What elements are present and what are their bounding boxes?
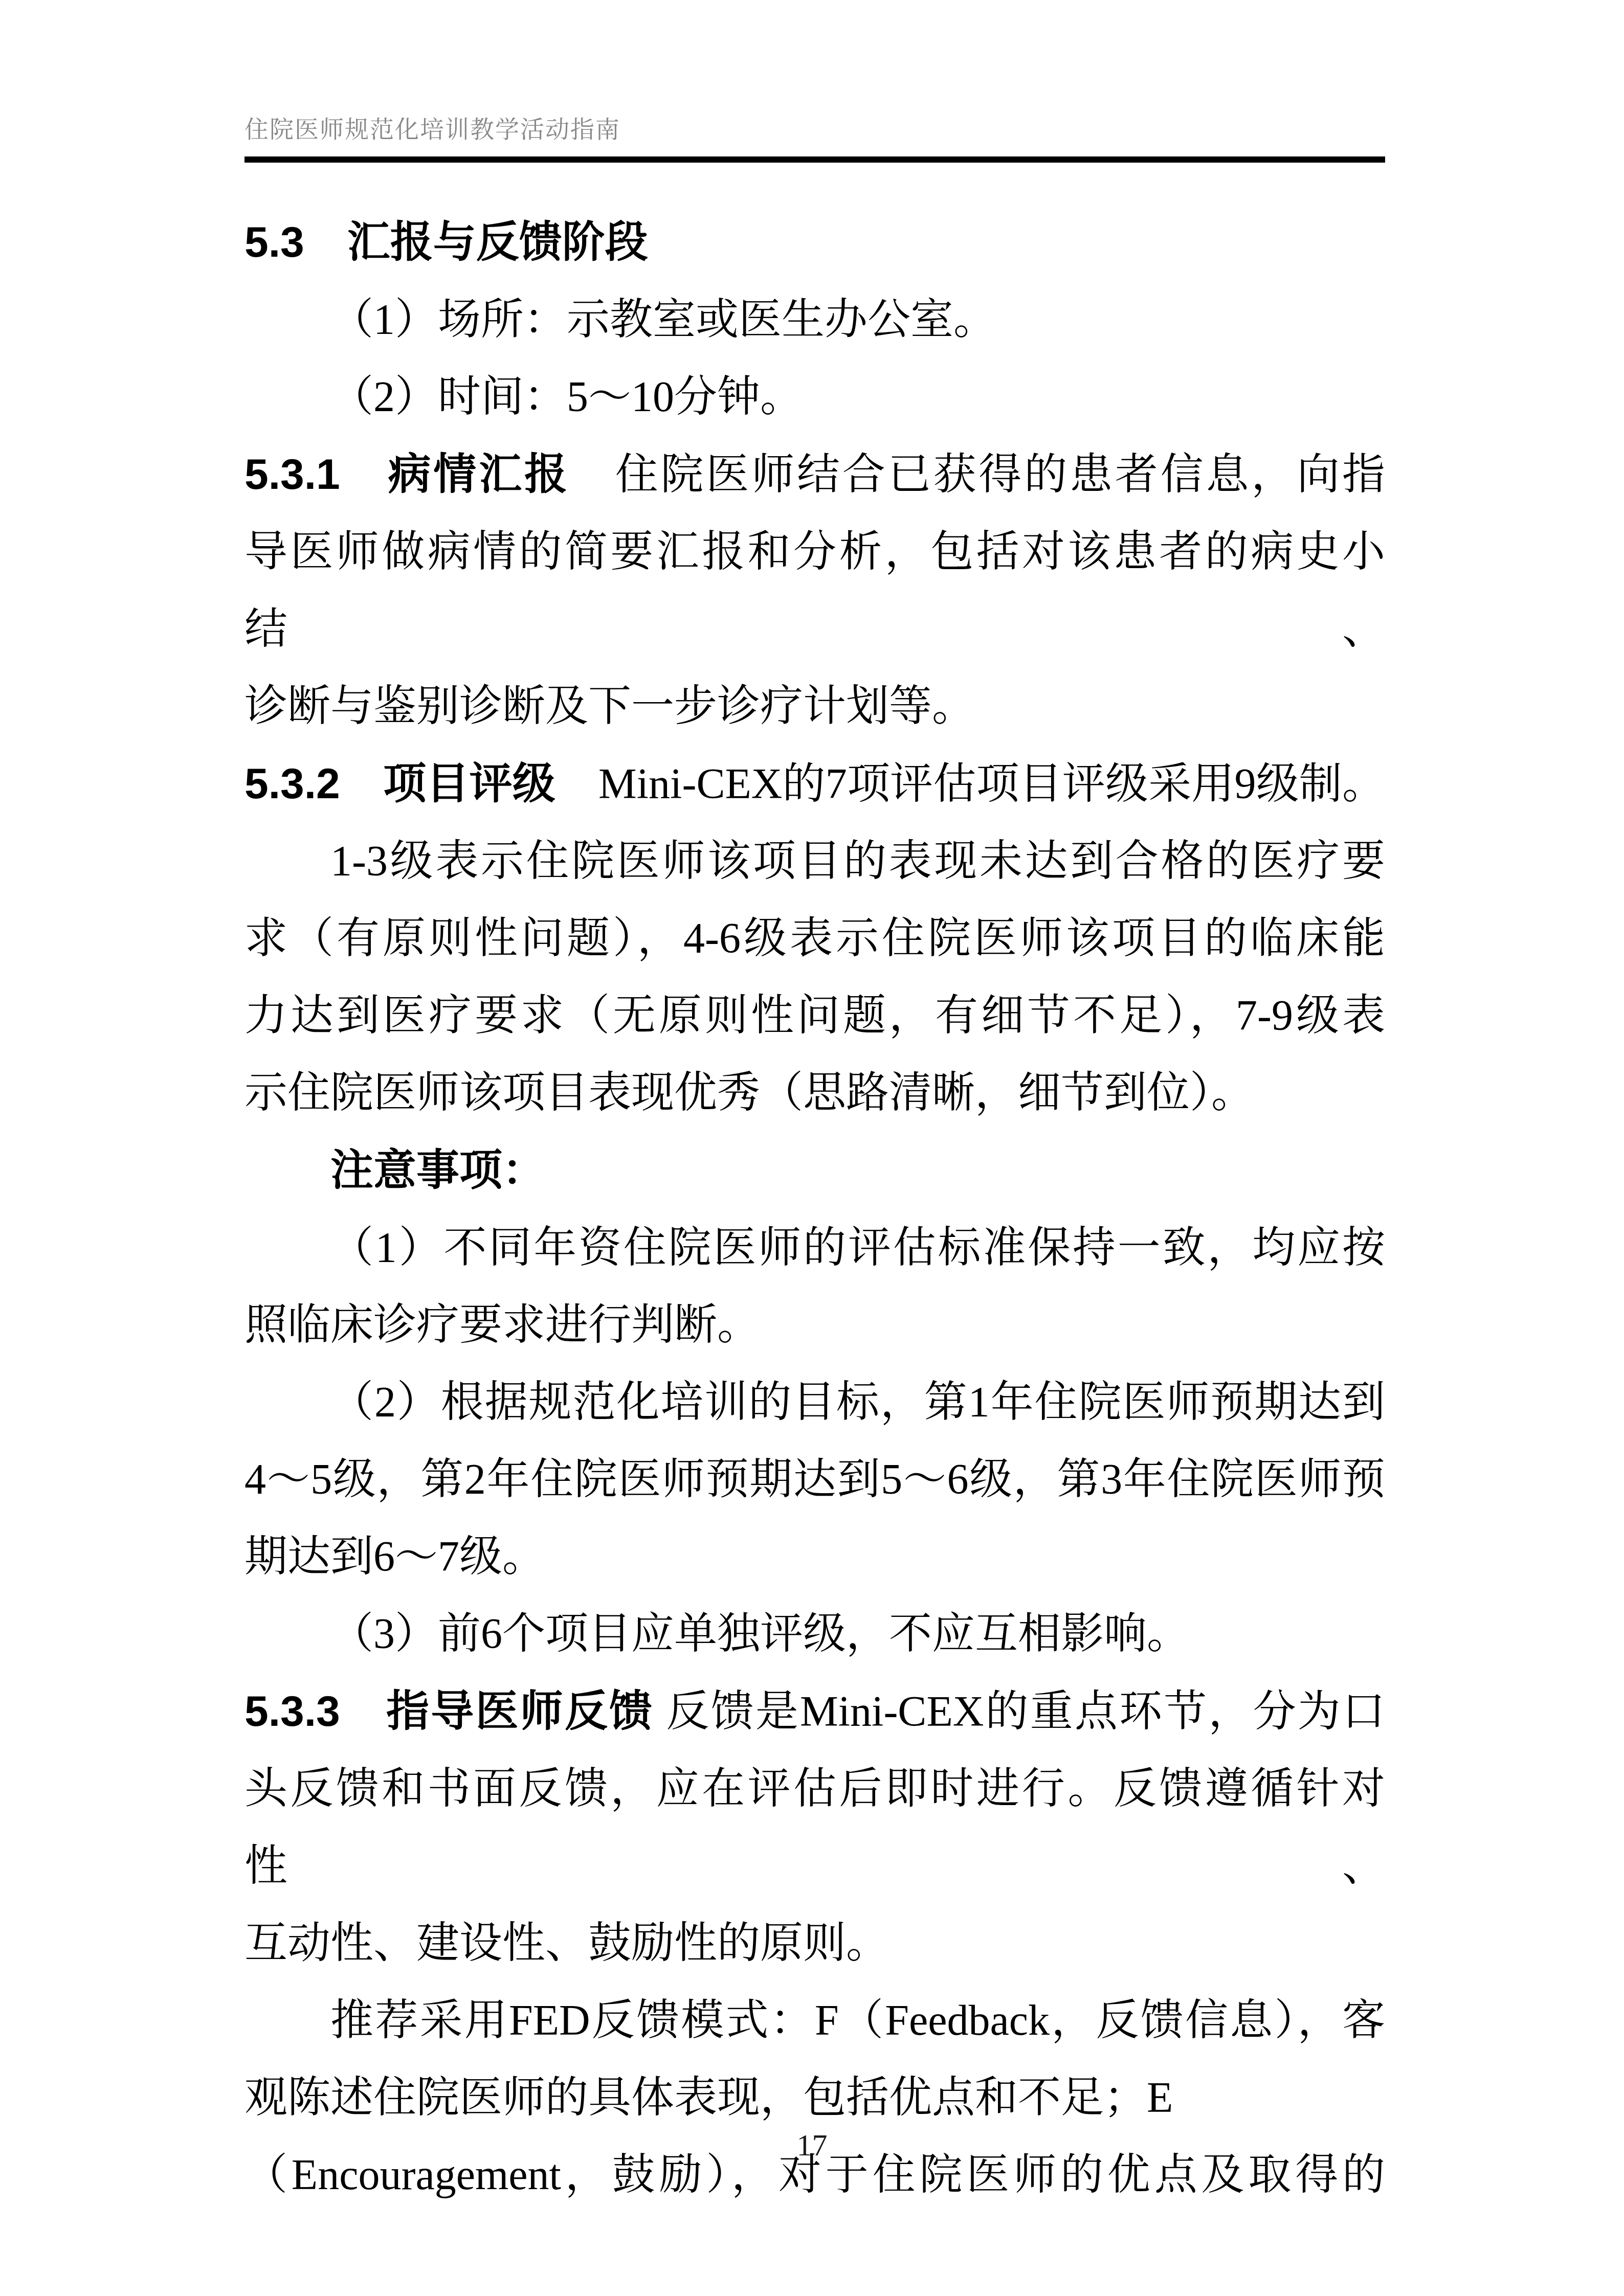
bold-text: 5.3.1 病情汇报	[244, 450, 570, 498]
body-text: 反馈是Mini-CEX的重点环节，分为口	[654, 1688, 1385, 1736]
body-text: 4～5级，第2年住院医师预期达到5～6级，第3年住院医师预	[244, 1456, 1385, 1503]
para-5-3-3-instructor-feedback-line: 5.3.3 指导医师反馈 反馈是Mini-CEX的重点环节，分为口	[244, 1673, 1385, 1750]
document-page: 住院医师规范化培训教学活动指南 5.3 汇报与反馈阶段（1）场所：示教室或医生办…	[0, 0, 1624, 2296]
para-5-3-2-item-rating-line: 5.3.2 项目评级 Mini-CEX的7项评估项目评级采用9级制。	[244, 745, 1385, 823]
bold-text: 5.3.3 指导医师反馈	[244, 1687, 654, 1735]
body-text: 照临床诊疗要求进行判断。	[244, 1301, 760, 1349]
para-5-3-1-case-report-line: 导医师做病情的简要汇报和分析，包括对该患者的病史小结、	[244, 513, 1385, 668]
bold-text: 5.3.2 项目评级	[244, 759, 555, 807]
body-text: 1-3级表示住院医师该项目的表现未达到合格的医疗要	[330, 838, 1385, 885]
para-note-3-line: （3）前6个项目应单独评级，不应互相影响。	[244, 1595, 1385, 1673]
body-text: 示住院医师该项目表现优秀（思路清晰，细节到位）。	[244, 1069, 1254, 1117]
para-fed-model-line: 推荐采用FED反馈模式：F（Feedback，反馈信息），客	[244, 1982, 1385, 2059]
body-text: Mini-CEX的7项评估项目评级采用9级制。	[555, 760, 1385, 808]
body-text: 求（有原则性问题），4-6级表示住院医师该项目的临床能	[244, 915, 1385, 962]
body-text: 观陈述住院医师的具体表现，包括优点和不足；E	[244, 2074, 1173, 2122]
para-grading-scale-line: 力达到医疗要求（无原则性问题，有细节不足），7-9级表	[244, 977, 1385, 1054]
body-text: 力达到医疗要求（无原则性问题，有细节不足），7-9级表	[244, 992, 1385, 1040]
document-body: 5.3 汇报与反馈阶段（1）场所：示教室或医生办公室。（2）时间：5～10分钟。…	[244, 204, 1385, 2214]
body-text: （2）时间：5～10分钟。	[330, 373, 803, 421]
body-text: 诊断与鉴别诊断及下一步诊疗计划等。	[244, 683, 975, 730]
para-grading-scale-line: 求（有原则性问题），4-6级表示住院医师该项目的临床能	[244, 900, 1385, 977]
para-note-1-line: 照临床诊疗要求进行判断。	[244, 1287, 1385, 1364]
para-note-2-line: 4～5级，第2年住院医师预期达到5～6级，第3年住院医师预	[244, 1441, 1385, 1518]
para-grading-scale-line: 1-3级表示住院医师该项目的表现未达到合格的医疗要	[244, 823, 1385, 900]
para-5-3-3-instructor-feedback-line: 头反馈和书面反馈，应在评估后即时进行。反馈遵循针对性、	[244, 1750, 1385, 1905]
body-text: （1）场所：示教室或医生办公室。	[330, 296, 996, 344]
page-header: 住院医师规范化培训教学活动指南	[244, 115, 1385, 145]
body-text: 头反馈和书面反馈，应在评估后即时进行。反馈遵循针对性、	[244, 1765, 1385, 1890]
para-5-3-3-instructor-feedback-line: 互动性、建设性、鼓励性的原则。	[244, 1905, 1385, 1982]
para-note-2-line: （2）根据规范化培训的目标，第1年住院医师预期达到	[244, 1364, 1385, 1441]
para-5-3-1-case-report-line: 5.3.1 病情汇报 住院医师结合已获得的患者信息，向指	[244, 436, 1385, 513]
body-text: 住院医师结合已获得的患者信息，向指	[570, 451, 1385, 499]
heading-5-3-line: 5.3 汇报与反馈阶段	[244, 204, 1385, 281]
para-note-2-line: 期达到6～7级。	[244, 1518, 1385, 1595]
header-rule	[244, 156, 1385, 163]
bold-text: 5.3 汇报与反馈阶段	[244, 218, 648, 266]
body-text: （1）不同年资住院医师的评估标准保持一致，均应按	[330, 1224, 1385, 1272]
page-footer: 17	[0, 2127, 1624, 2163]
body-text: （2）根据规范化培训的目标，第1年住院医师预期达到	[330, 1379, 1385, 1426]
para-note-1-line: （1）不同年资住院医师的评估标准保持一致，均应按	[244, 1209, 1385, 1287]
bold-text: 注意事项：	[330, 1146, 545, 1194]
body-text: 导医师做病情的简要汇报和分析，包括对该患者的病史小结、	[244, 528, 1385, 653]
para-time-line: （2）时间：5～10分钟。	[244, 358, 1385, 436]
body-text: 互动性、建设性、鼓励性的原则。	[244, 1920, 889, 1967]
para-notes-heading-line: 注意事项：	[244, 1132, 1385, 1209]
body-text: （3）前6个项目应单独评级，不应互相影响。	[330, 1610, 1190, 1658]
body-text: 推荐采用FED反馈模式：F（Feedback，反馈信息），客	[330, 1997, 1385, 2044]
para-5-3-1-case-report-line: 诊断与鉴别诊断及下一步诊疗计划等。	[244, 668, 1385, 745]
running-header-title: 住院医师规范化培训教学活动指南	[244, 115, 1385, 145]
para-grading-scale-line: 示住院医师该项目表现优秀（思路清晰，细节到位）。	[244, 1054, 1385, 1132]
page-number: 17	[0, 2127, 1624, 2163]
para-fed-model-line: 观陈述住院医师的具体表现，包括优点和不足；E	[244, 2059, 1385, 2136]
para-location-line: （1）场所：示教室或医生办公室。	[244, 281, 1385, 358]
body-text: 期达到6～7级。	[244, 1533, 545, 1581]
